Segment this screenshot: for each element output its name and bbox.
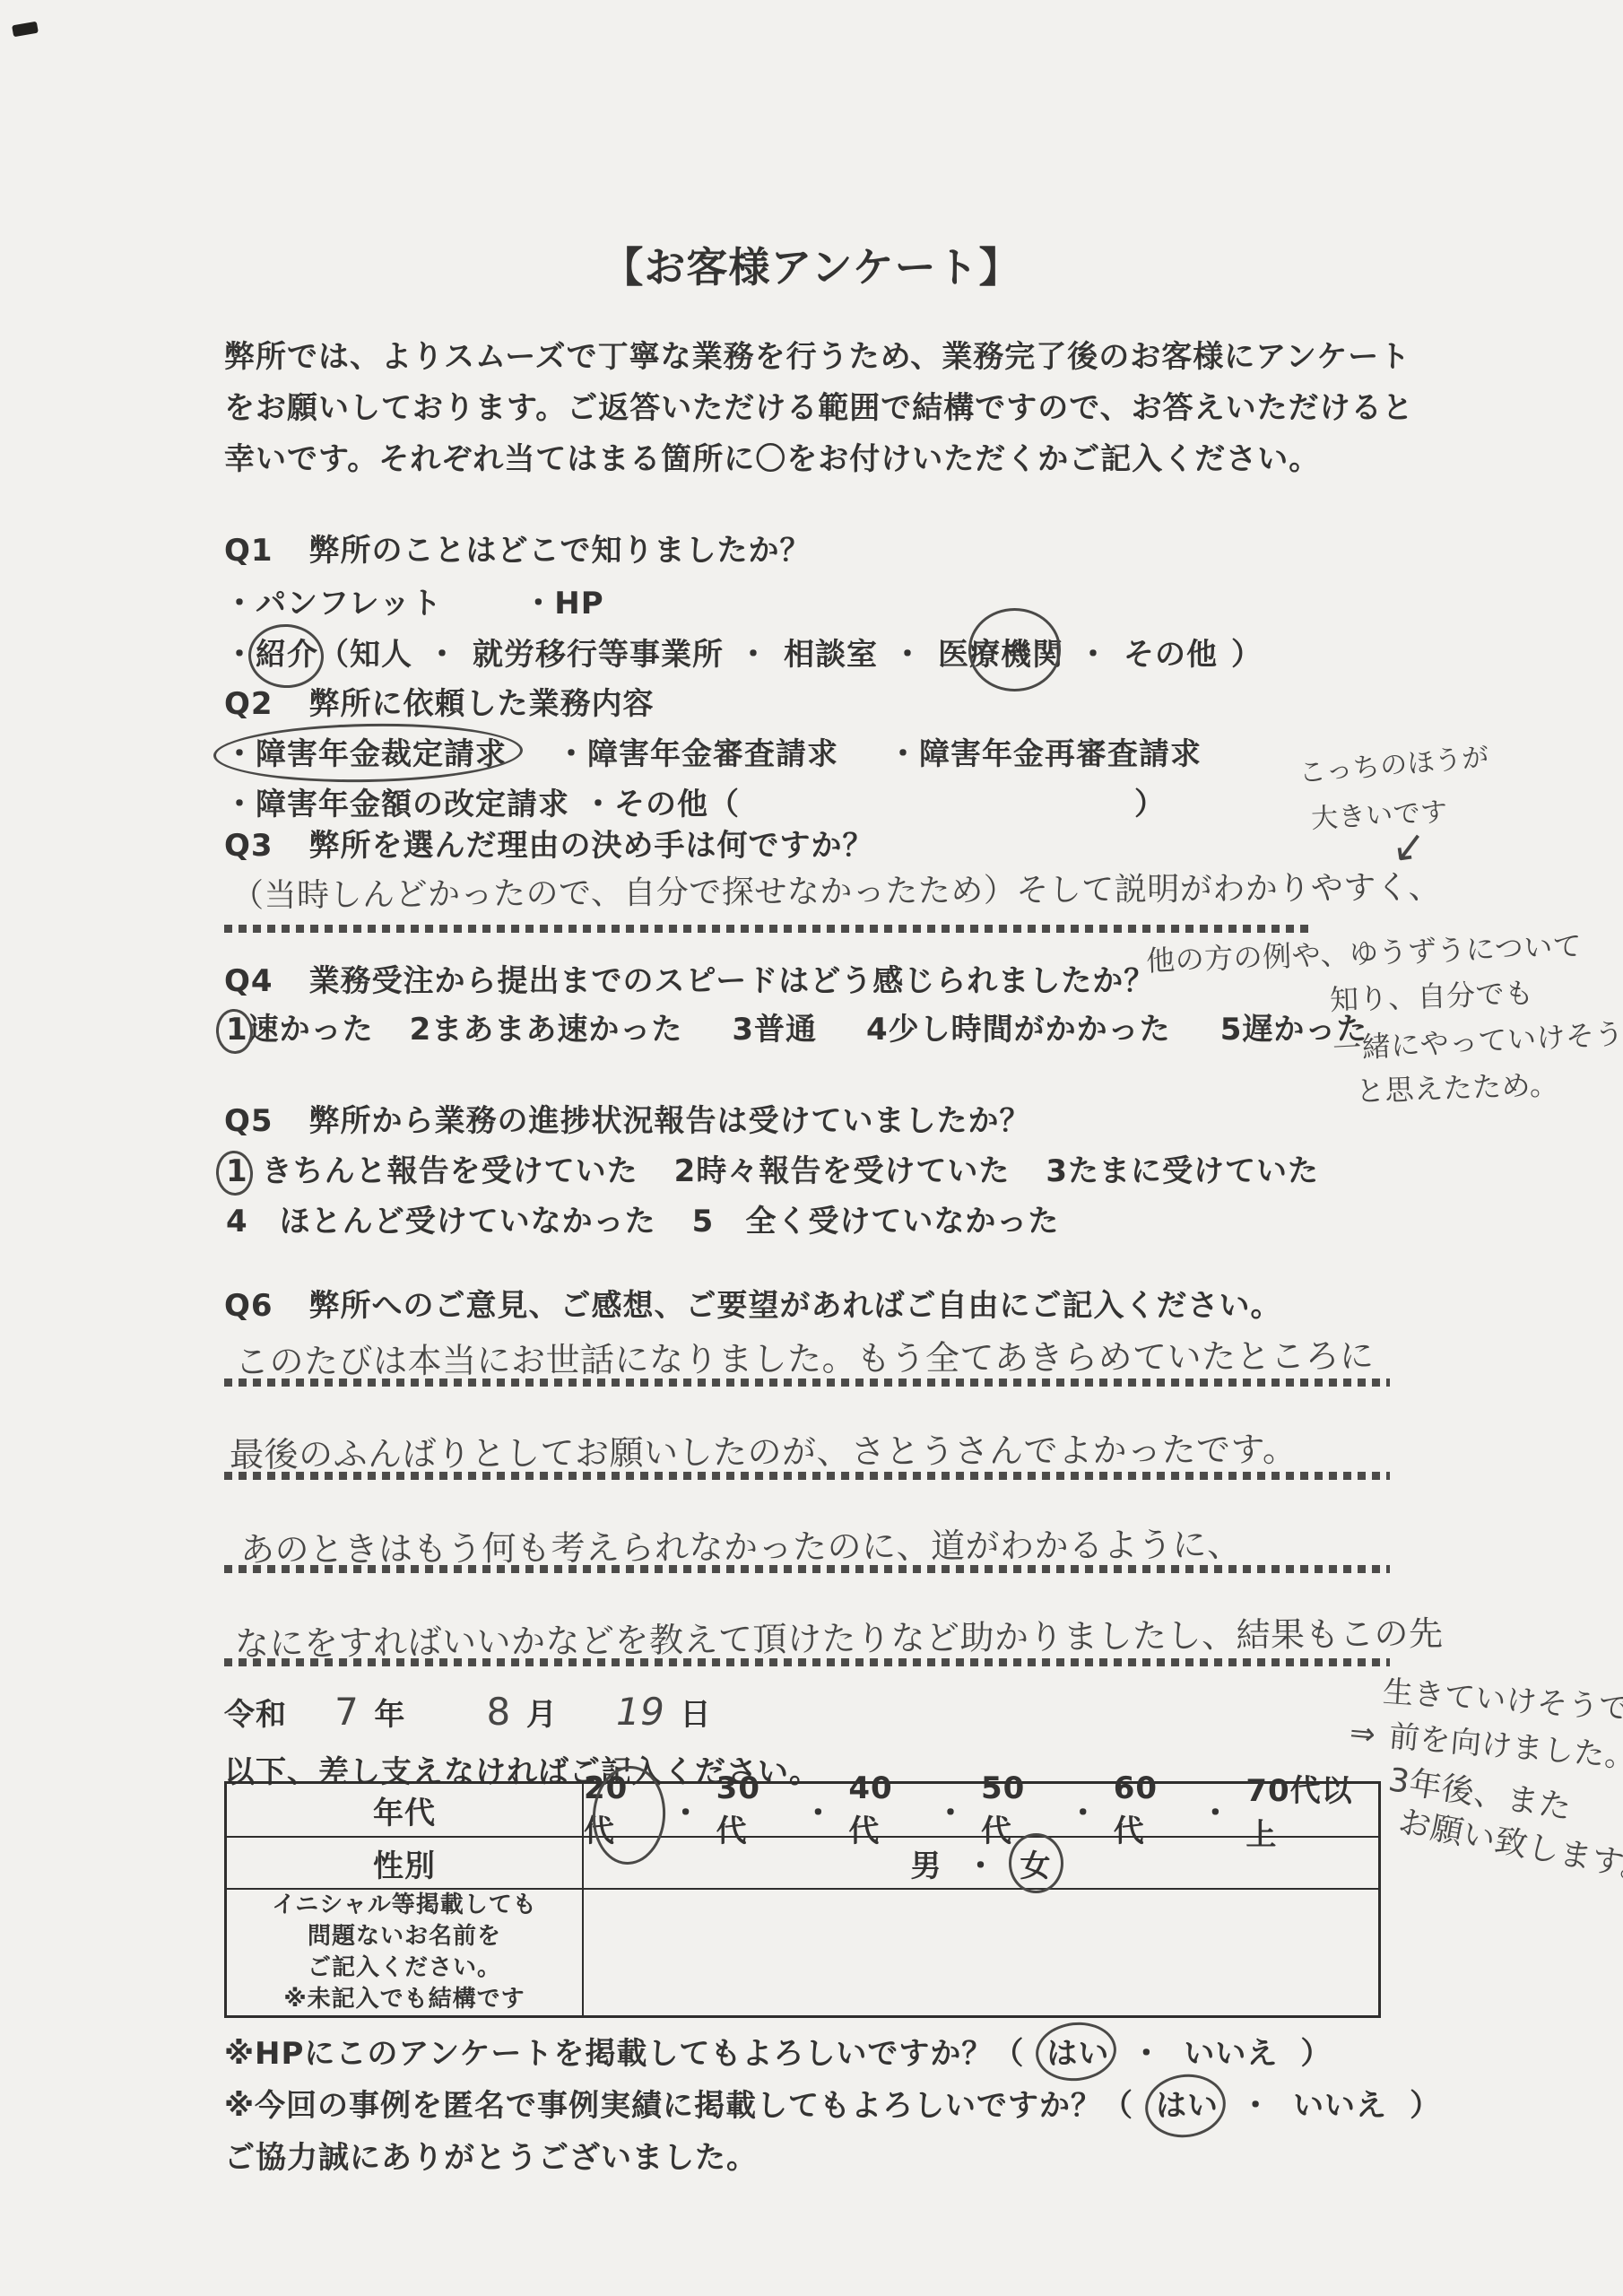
q2-options-row2: ・障害年金額の改定請求・その他（） [224,779,1166,823]
intro-line-3: 幸いです。それぞれ当てはまる箇所に〇をお付けいただくかご記入ください。 [224,434,1414,485]
gender-options-cell: 男・女 [584,1838,1378,1888]
date-year-unit: 年 [374,1697,405,1733]
q4-options: 1速かった2まあまあ速かった3普通4少し時間がかかった5遅かった [226,1004,1367,1048]
date-month-handwritten: 8 [487,1690,511,1734]
q3-answer-dotted-line [224,925,1309,933]
q4-label: Q4 [224,963,273,999]
circled-answer-yes: はい [1156,2081,1219,2125]
page-title: 【お客様アンケート】 [0,235,1623,294]
gender-row-label: 性別 [227,1838,584,1888]
q4-question-text: 業務受注から提出までのスピードはどう感じられましたか？ [309,963,1156,999]
q5-option-3: 3たまに受けていた [1046,1153,1319,1189]
date-day-unit: 日 [680,1697,711,1733]
q4-option-1: 速かった [248,1012,374,1048]
intro-line-1: 弊所では、よりスムーズで丁寧な業務を行うため、業務完了後のお客様にアンケート [224,332,1414,383]
date-era: 令和 [224,1697,287,1733]
option-kaitei-seikyu: ・障害年金額の改定請求 [224,787,569,822]
q5-option-1: きちんと報告を受けていた [262,1153,638,1189]
hp-publish-question: ※HPにこのアンケートを掲載してもよろしいですか？（ [224,2036,1024,2072]
circled-rating-1: 1 [226,1153,248,1189]
q5-options-row1: 1きちんと報告を受けていた2時々報告を受けていた3たまに受けていた [226,1146,1319,1190]
q3-handwritten-answer: （当時しんどかったので、自分で探せなかったため）そして説明がわかりやすく、 [231,862,1441,916]
margin-note-bigger-line2: 大きいです [1310,789,1449,836]
age-row-label: 年代 [227,1784,584,1836]
separator-dot: ・ [738,637,769,673]
answer-no: いいえ [1184,2036,1278,2072]
date-line: 令和 7 年 8 月 19 日 [224,1690,711,1734]
q5-options-row2: 4 ほとんど受けていなかった5 全く受けていなかった [226,1196,1059,1240]
q6-handwritten-line4: なにをすればいいかなどを教えて頂けたりなど助かりましたし、結果もこの先 [235,1605,1444,1665]
name-label-line4: ※未記入でも結構です [283,1984,525,2015]
q6-handwritten-line2: 最後のふんばりとしてお願いしたのが、さとうさんでよかったです。 [230,1422,1298,1476]
q6-heading: Q6弊所へのご意見、ご感想、ご要望があればご自由にご記入ください。 [224,1281,1282,1325]
option-saishinsa-seikyu: ・障害年金再審査請求 [888,736,1202,772]
date-year-handwritten: 7 [334,1690,359,1734]
margin-note-bigger-line1: こっちのほうが [1297,735,1490,790]
option-hp: ・HP [523,586,603,622]
option-consult-room: 相談室 [784,637,878,673]
name-row-label: イニシャル等掲載しても 問題ないお名前を ご記入ください。 ※未記入でも結構です [227,1890,584,2015]
option-other-open: ・その他（ [583,787,740,822]
circled-option-saitei-seikyu: ・障害年金裁定請求 [224,729,507,773]
circled-option-referral: 紹介 [256,630,318,674]
table-row-age: 年代 20代・30代・40代・50代・60代・70代以上 [227,1784,1378,1836]
table-row-gender: 性別 男・女 [227,1836,1378,1888]
circled-rating-1: 1 [226,1012,248,1048]
q6-label: Q6 [224,1288,273,1324]
q4-option-2: 2まあまあ速かった [410,1012,683,1048]
right-arrow-icon: ⇒ [1349,1715,1377,1752]
q5-question-text: 弊所から業務の進捗状況報告は受けていましたか？ [309,1103,1031,1139]
referral-paren-open: （ [318,637,350,673]
separator-dot: ・ [1131,2036,1162,2072]
option-other: その他 [1124,637,1218,673]
circled-option-female: 女 [1020,1841,1052,1885]
answer-no: いいえ [1293,2088,1387,2124]
q5-heading: Q5弊所から業務の進捗状況報告は受けていましたか？ [224,1096,1031,1140]
referral-bullet: ・ [224,637,256,673]
q6-dotted-line2 [224,1472,1390,1480]
separator-dot: ・ [1200,1788,1231,1832]
scan-artifact [12,22,39,38]
option-employment-agency: 就労移行等事業所 [473,637,724,673]
referral-paren-close: ） [1231,637,1263,673]
option-other-close: ） [1134,787,1166,822]
q6-dotted-line1 [224,1378,1390,1387]
intro-paragraph: 弊所では、よりスムーズで丁寧な業務を行うため、業務完了後のお客様にアンケート を… [224,332,1414,485]
q3-label: Q3 [224,828,273,864]
separator-dot: ・ [803,1788,834,1832]
q6-handwritten-line3: あのときはもう何も考えられなかったのに、道がわかるように、 [240,1517,1242,1571]
q4-heading: Q4業務受注から提出までのスピードはどう感じられましたか？ [224,956,1155,1000]
separator-dot: ・ [1240,2088,1271,2124]
scanned-survey-page: 【お客様アンケート】 弊所では、よりスムーズで丁寧な業務を行うため、業務完了後の… [0,0,1623,2296]
separator-dot: ・ [935,1788,967,1832]
q6-dotted-line3 [224,1565,1390,1573]
option-pamphlet: ・パンフレット [224,586,442,622]
q2-label: Q2 [224,686,273,722]
q3-heading: Q3弊所を選んだ理由の決め手は何ですか？ [224,821,874,865]
option-friend: 知人 [350,637,412,673]
q6-handwritten-line1: このたびは本当にお世話になりました。もう全てあきらめていたところに [235,1328,1375,1384]
hp-publish-question-line: ※HPにこのアンケートを掲載してもよろしいですか？（はい・いいえ） [224,2029,1332,2073]
separator-dot: ・ [1078,637,1109,673]
q3-question-text: 弊所を選んだ理由の決め手は何ですか？ [309,828,874,864]
age-options-cell: 20代・30代・40代・50代・60代・70代以上 [584,1784,1378,1836]
separator-dot: ・ [427,637,458,673]
date-day-handwritten: 19 [616,1690,664,1734]
q2-question-text: 弊所に依頼した業務内容 [309,686,655,722]
q1-heading: Q1弊所のことはどこで知りましたか？ [224,526,811,570]
q1-options-row2: ・紹介（知人・就労移行等事業所・相談室・医療機関・その他） [224,630,1263,674]
intro-line-2: をお願いしております。ご返答いただける範囲で結構ですので、お答えいただけると [224,383,1414,434]
name-label-line3: ご記入ください。 [308,1952,501,1984]
q1-label: Q1 [224,533,273,569]
profile-table: 年代 20代・30代・40代・50代・60代・70代以上 性別 男・女 イニシャ… [224,1781,1381,2018]
name-entry-cell-empty [584,1890,1378,2015]
q6-dotted-line4 [224,1658,1390,1666]
circled-option-20s: 20代 [584,1770,656,1850]
q2-options-row1: ・障害年金裁定請求・障害年金審査請求・障害年金再審査請求 [224,729,1202,773]
option-shinsa-seikyu: ・障害年金審査請求 [556,736,838,772]
case-publish-question: ※今回の事例を匿名で事例実績に掲載してもよろしいですか？（ [224,2088,1133,2124]
thanks-message: ご協力誠にありがとうございました。 [224,2133,758,2177]
q6-question-text: 弊所へのご意見、ご感想、ご要望があればご自由にご記入ください。 [309,1288,1282,1324]
case-publish-question-line: ※今回の事例を匿名で事例実績に掲載してもよろしいですか？（はい・いいえ） [224,2081,1441,2125]
q5-option-4: 4 ほとんど受けていなかった [226,1204,656,1239]
margin-note-reason-line4: と思えたため。 [1355,1062,1559,1110]
separator-dot: ・ [671,1788,702,1832]
table-row-name: イニシャル等掲載しても 問題ないお名前を ご記入ください。 ※未記入でも結構です [227,1888,1378,2015]
option-male: 男 [911,1841,942,1885]
q1-options-row1: ・パンフレット・HP [224,578,604,622]
name-label-line2: 問題ないお名前を [308,1921,501,1952]
separator-dot: ・ [892,637,924,673]
circled-answer-yes: はい [1046,2029,1109,2073]
q1-question-text: 弊所のことはどこで知りましたか？ [309,533,811,569]
q4-option-3: 3普通 [732,1012,817,1048]
q2-heading: Q2弊所に依頼した業務内容 [224,679,655,723]
separator-dot: ・ [1068,1788,1099,1832]
q5-option-2: 2時々報告を受けていた [674,1153,1011,1189]
paren-close: ） [1410,2088,1441,2124]
q5-option-5: 5 全く受けていなかった [692,1204,1060,1239]
q4-option-5: 5遅かった [1220,1012,1368,1048]
q4-option-4: 4少し時間がかかった [866,1012,1171,1048]
down-left-arrow-icon: ↙ [1388,820,1429,873]
date-month-unit: 月 [526,1697,558,1733]
name-label-line1: イニシャル等掲載しても [272,1890,536,1921]
paren-close: ） [1300,2036,1332,2072]
q5-label: Q5 [224,1103,273,1139]
separator-dot: ・ [966,1841,997,1885]
circled-option-medical: 医療機関 [938,630,1063,674]
margin-note-reason-line3: 一緒にやっていけそう [1332,1012,1623,1068]
